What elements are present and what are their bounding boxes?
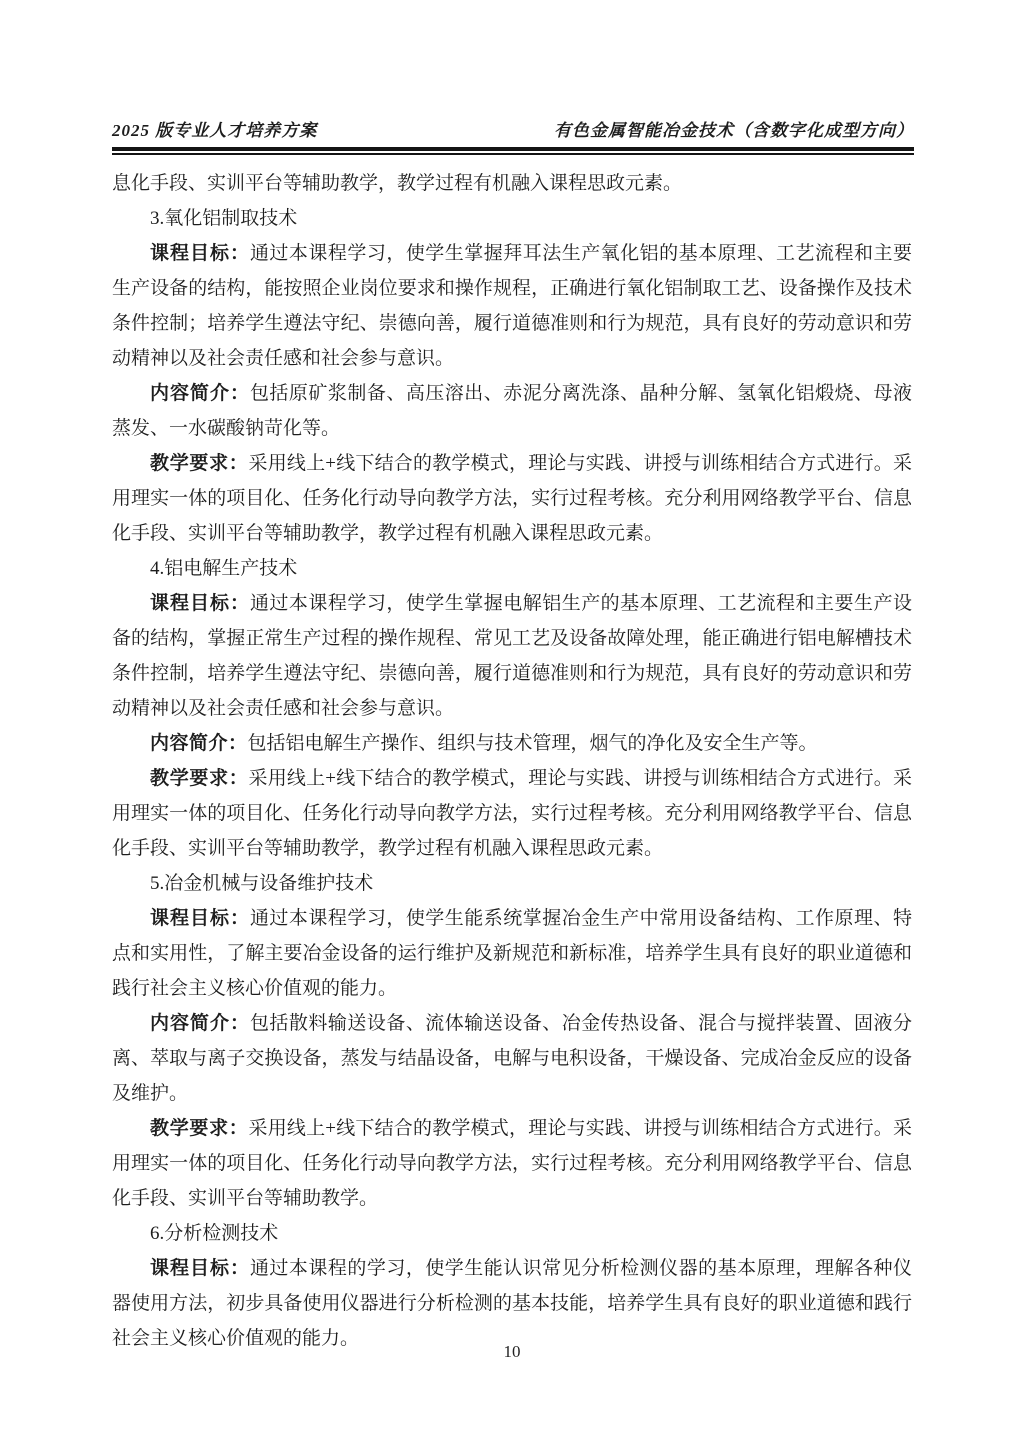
page-header: 2025 版专业人才培养方案 有色金属智能冶金技术（含数字化成型方向） — [112, 116, 914, 141]
paragraph-label: 课程目标： — [150, 1258, 250, 1279]
paragraph: 教学要求：采用线上+线下结合的教学模式，理论与实践、讲授与训练相结合方式进行。采… — [112, 761, 912, 866]
paragraph: 内容简介：包括原矿浆制备、高压溶出、赤泥分离洗涤、晶种分解、氢氧化铝煅烧、母液蒸… — [112, 376, 912, 446]
paragraph: 课程目标：通过本课程学习，使学生能系统掌握冶金生产中常用设备结构、工作原理、特点… — [112, 901, 912, 1006]
document-page: 2025 版专业人才培养方案 有色金属智能冶金技术（含数字化成型方向） 息化手段… — [0, 0, 1024, 1448]
paragraph-label: 教学要求： — [150, 453, 249, 474]
header-rule-thin — [112, 153, 914, 155]
paragraph: 教学要求：采用线上+线下结合的教学模式，理论与实践、讲授与训练相结合方式进行。采… — [112, 446, 912, 551]
paragraph-label: 课程目标： — [150, 243, 250, 264]
header-double-rule — [112, 147, 914, 155]
page-number: 10 — [504, 1342, 521, 1361]
paragraph: 课程目标：通过本课程学习，使学生掌握电解铝生产的基本原理、工艺流程和主要生产设备… — [112, 586, 912, 726]
paragraph: 课程目标：通过本课程学习，使学生掌握拜耳法生产氧化铝的基本原理、工艺流程和主要生… — [112, 236, 912, 376]
header-right-title: 有色金属智能冶金技术（含数字化成型方向） — [554, 116, 914, 141]
header-rule-thick — [112, 147, 914, 151]
paragraph-label: 课程目标： — [150, 593, 250, 614]
paragraph: 内容简介：包括铝电解生产操作、组织与技术管理，烟气的净化及安全生产等。 — [112, 726, 912, 761]
course-heading: 5.冶金机械与设备维护技术 — [112, 866, 912, 901]
course-heading: 3.氧化铝制取技术 — [112, 201, 912, 236]
paragraph-label: 教学要求： — [150, 1118, 249, 1139]
paragraph-label: 内容简介： — [150, 733, 248, 754]
paragraph: 教学要求：采用线上+线下结合的教学模式，理论与实践、讲授与训练相结合方式进行。采… — [112, 1111, 912, 1216]
course-heading: 4.铝电解生产技术 — [112, 551, 912, 586]
paragraph: 内容简介：包括散料输送设备、流体输送设备、冶金传热设备、混合与搅拌装置、固液分离… — [112, 1006, 912, 1111]
paragraph-label: 课程目标： — [150, 908, 250, 929]
course-heading: 6.分析检测技术 — [112, 1216, 912, 1251]
paragraph: 息化手段、实训平台等辅助教学，教学过程有机融入课程思政元素。 — [112, 166, 912, 201]
header-left-title: 2025 版专业人才培养方案 — [112, 116, 317, 141]
page-footer: 10 — [0, 1342, 1024, 1362]
paragraph-label: 内容简介： — [150, 383, 250, 404]
paragraph: 课程目标：通过本课程的学习，使学生能认识常见分析检测仪器的基本原理，理解各种仪器… — [112, 1251, 912, 1356]
document-body: 息化手段、实训平台等辅助教学，教学过程有机融入课程思政元素。3.氧化铝制取技术课… — [112, 166, 912, 1356]
paragraph-label: 教学要求： — [150, 768, 249, 789]
paragraph-label: 内容简介： — [150, 1013, 250, 1034]
